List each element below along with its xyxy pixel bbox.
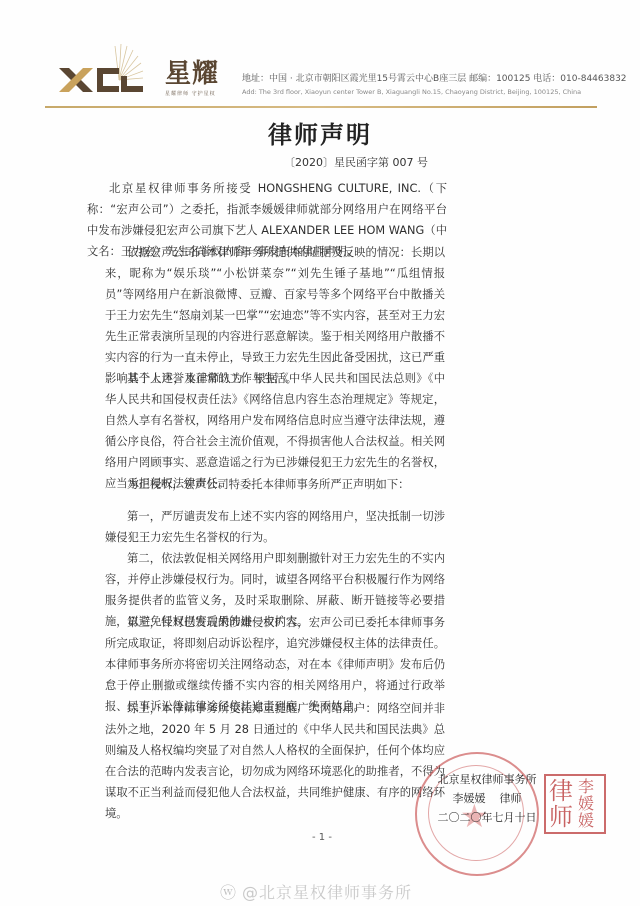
address-chinese: 地址：中国 · 北京市朝阳区霞光里15号霄云中心B座三层 邮编：100125 电… xyxy=(242,73,637,85)
document-page: 星耀 星耀律师 守护星权 地址：中国 · 北京市朝阳区霞光里15号霄云中心B座三… xyxy=(0,0,640,906)
weibo-icon: ⓦ xyxy=(220,880,242,903)
letterhead-divider xyxy=(45,106,597,108)
paragraph-conclusion: 综上，本律师事务所受托郑重提醒广大网络用户：网络空间并非法外之地，2020 年 … xyxy=(105,698,445,824)
watermark-text: @北京星权律师事务所 xyxy=(242,883,412,902)
xcl-logo-icon xyxy=(57,40,157,100)
paragraph-facts: 依据宏声公司向本律师事务所提供的证据及反映的情况：长期以来，昵称为“娱乐琰”“小… xyxy=(105,242,445,389)
document-title: 律师声明 xyxy=(0,120,640,150)
signature-block: 北京星权律师事务所 李媛媛 律师 二〇二〇年七月十日 xyxy=(412,770,562,827)
page-number: - 1 - xyxy=(312,832,332,843)
address-english: Add: The 3rd floor, Xiaoyun center Tower… xyxy=(242,87,637,97)
paragraph-declaration-intro: 为正视听，宏声公司特委托本律师事务所严正声明如下： xyxy=(105,474,445,495)
firm-logo: 星耀 星耀律师 守护星权 xyxy=(57,40,257,100)
firm-address: 地址：中国 · 北京市朝阳区霞光里15号霄云中心B座三层 邮编：100125 电… xyxy=(242,73,637,97)
signature-lawyer: 李媛媛 律师 xyxy=(412,789,562,808)
signature-firm: 北京星权律师事务所 xyxy=(412,770,562,789)
logo-chinese-name: 星耀 xyxy=(165,60,219,88)
weibo-watermark: ⓦ@北京星权律师事务所 xyxy=(220,880,412,903)
logo-slogan: 星耀律师 守护星权 xyxy=(165,90,216,97)
paragraph-point-one: 第一，严厉谴责发布上述不实内容的网络用户，坚决抵制一切涉嫌侵犯王力宏先生名誉权的… xyxy=(105,506,445,548)
letterhead: 星耀 星耀律师 守护星权 地址：中国 · 北京市朝阳区霞光里15号霄云中心B座三… xyxy=(45,40,625,106)
document-number: 〔2020〕星民函字第 007 号 xyxy=(284,154,428,170)
signature-date: 二〇二〇年七月十日 xyxy=(412,808,562,827)
